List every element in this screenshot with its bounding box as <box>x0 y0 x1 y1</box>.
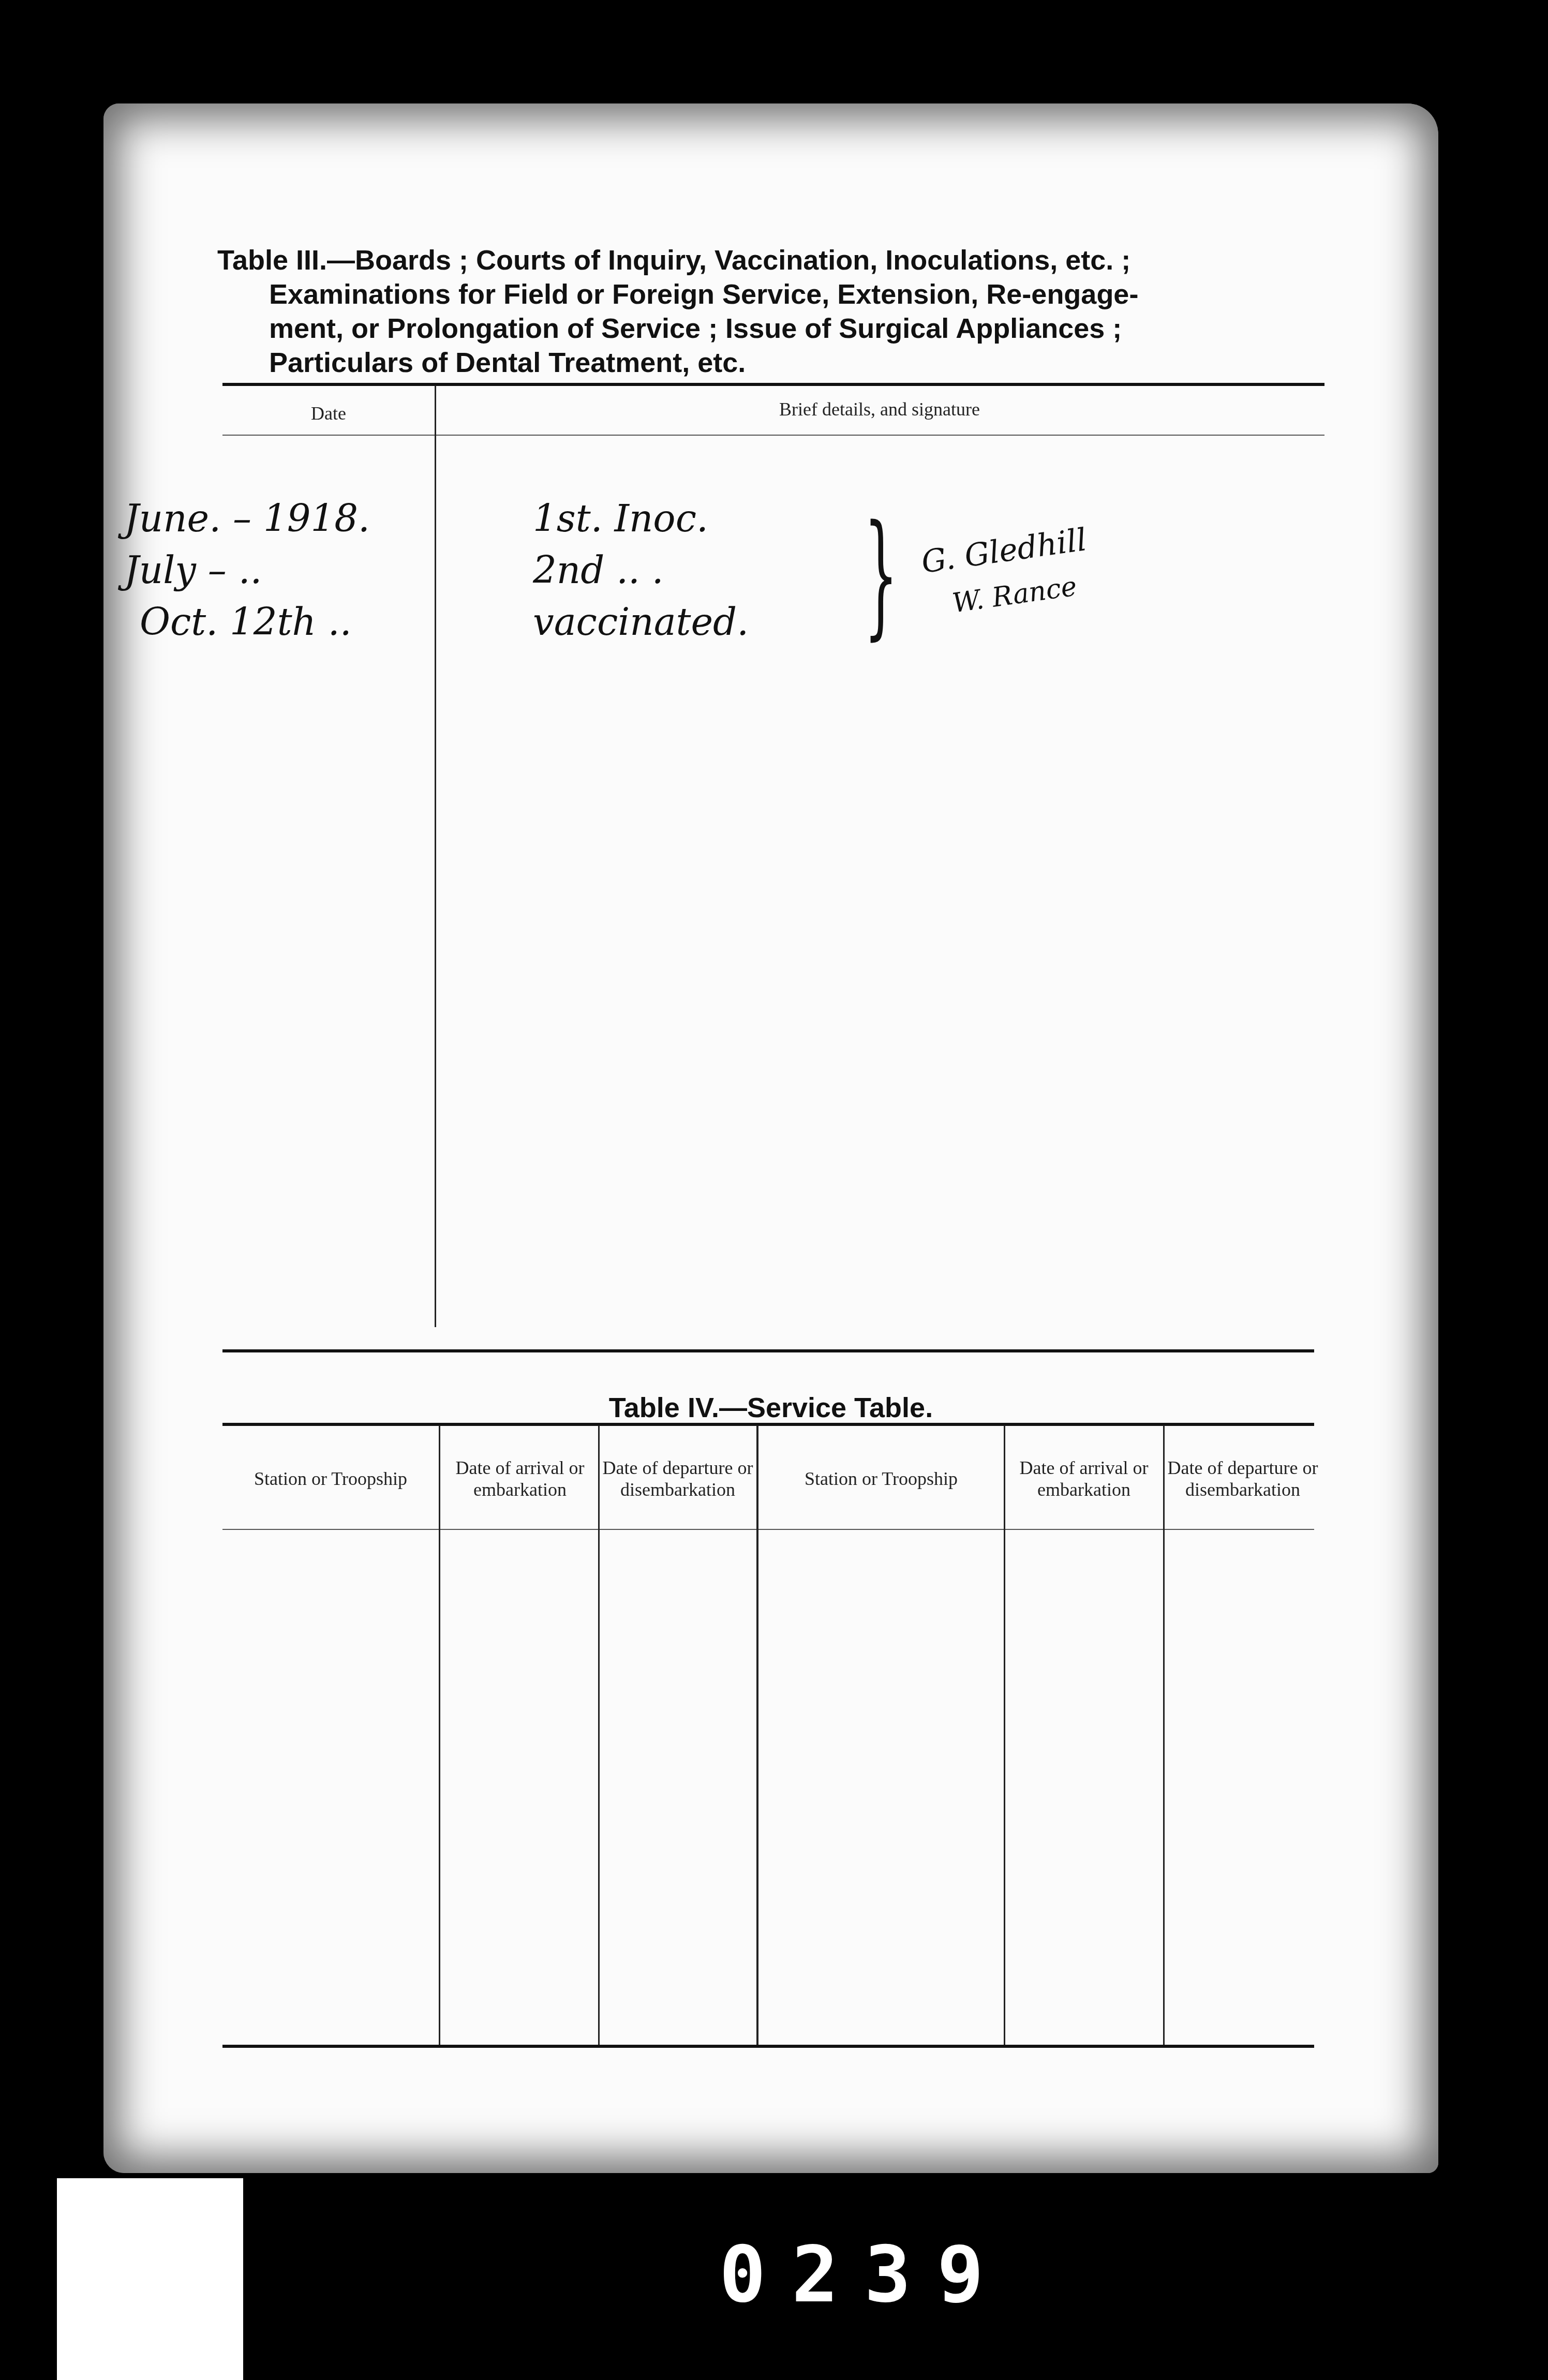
entry-details-1: 1st. Inoc. <box>533 497 708 540</box>
frame-counter: 0239 <box>719 2230 1009 2320</box>
table3-title-line4: Particulars of Dental Treatment, etc. <box>217 346 1330 380</box>
table3-title-line3: ment, or Prolongation of Service ; Issue… <box>217 311 1330 346</box>
entry-details-2: 2nd .. . <box>533 548 664 592</box>
table4-header-station-1: Station or Troopship <box>222 1428 439 1529</box>
table4-bottom-rule <box>222 2045 1314 2048</box>
table3-column-divider <box>435 385 436 1327</box>
table4-divider-4 <box>1004 1425 1005 2046</box>
entry-date-1: June. – 1918. <box>124 497 370 540</box>
signature-line2: W. Rance <box>950 571 1079 619</box>
table4-divider-2 <box>598 1425 600 2046</box>
table4-header-rule <box>222 1529 1314 1530</box>
entry-date-3: Oct. 12th .. <box>140 600 352 644</box>
table3-title-line1: Table III.—Boards ; Courts of Inquiry, V… <box>217 243 1330 277</box>
table4-header-station-2: Station or Troopship <box>758 1428 1004 1529</box>
label-box <box>57 2178 243 2380</box>
entries-brace: } <box>864 497 898 653</box>
table4-divider-5 <box>1163 1425 1165 2046</box>
table3-header-details: Brief details, and signature <box>435 398 1324 420</box>
table3-title: Table III.—Boards ; Courts of Inquiry, V… <box>217 243 1330 380</box>
table4-title: Table IV.—Service Table. <box>103 1392 1438 1424</box>
table4-header-arrival-2: Date of arrival or embarkation <box>1006 1428 1162 1529</box>
table3-header-date: Date <box>222 403 435 424</box>
table4-top-rule <box>222 1423 1314 1426</box>
table4-header-arrival-1: Date of arrival or embarkation <box>445 1428 595 1529</box>
table3-bottom-rule <box>222 1349 1314 1352</box>
entry-details-3: vaccinated. <box>533 600 749 644</box>
table4-header-departure-1: Date of departure or disembarkation <box>600 1428 755 1529</box>
entry-date-2: July – .. <box>124 548 262 592</box>
table3-top-rule <box>222 383 1324 386</box>
table3-title-line2: Examinations for Field or Foreign Servic… <box>217 277 1330 311</box>
signature-line1: G. Gledhill <box>919 522 1089 581</box>
document-page: Table III.—Boards ; Courts of Inquiry, V… <box>103 103 1438 2173</box>
table4-header-departure-2: Date of departure or disembarkation <box>1165 1428 1320 1529</box>
table4-divider-1 <box>439 1425 440 2046</box>
table3-header-rule <box>222 435 1324 436</box>
